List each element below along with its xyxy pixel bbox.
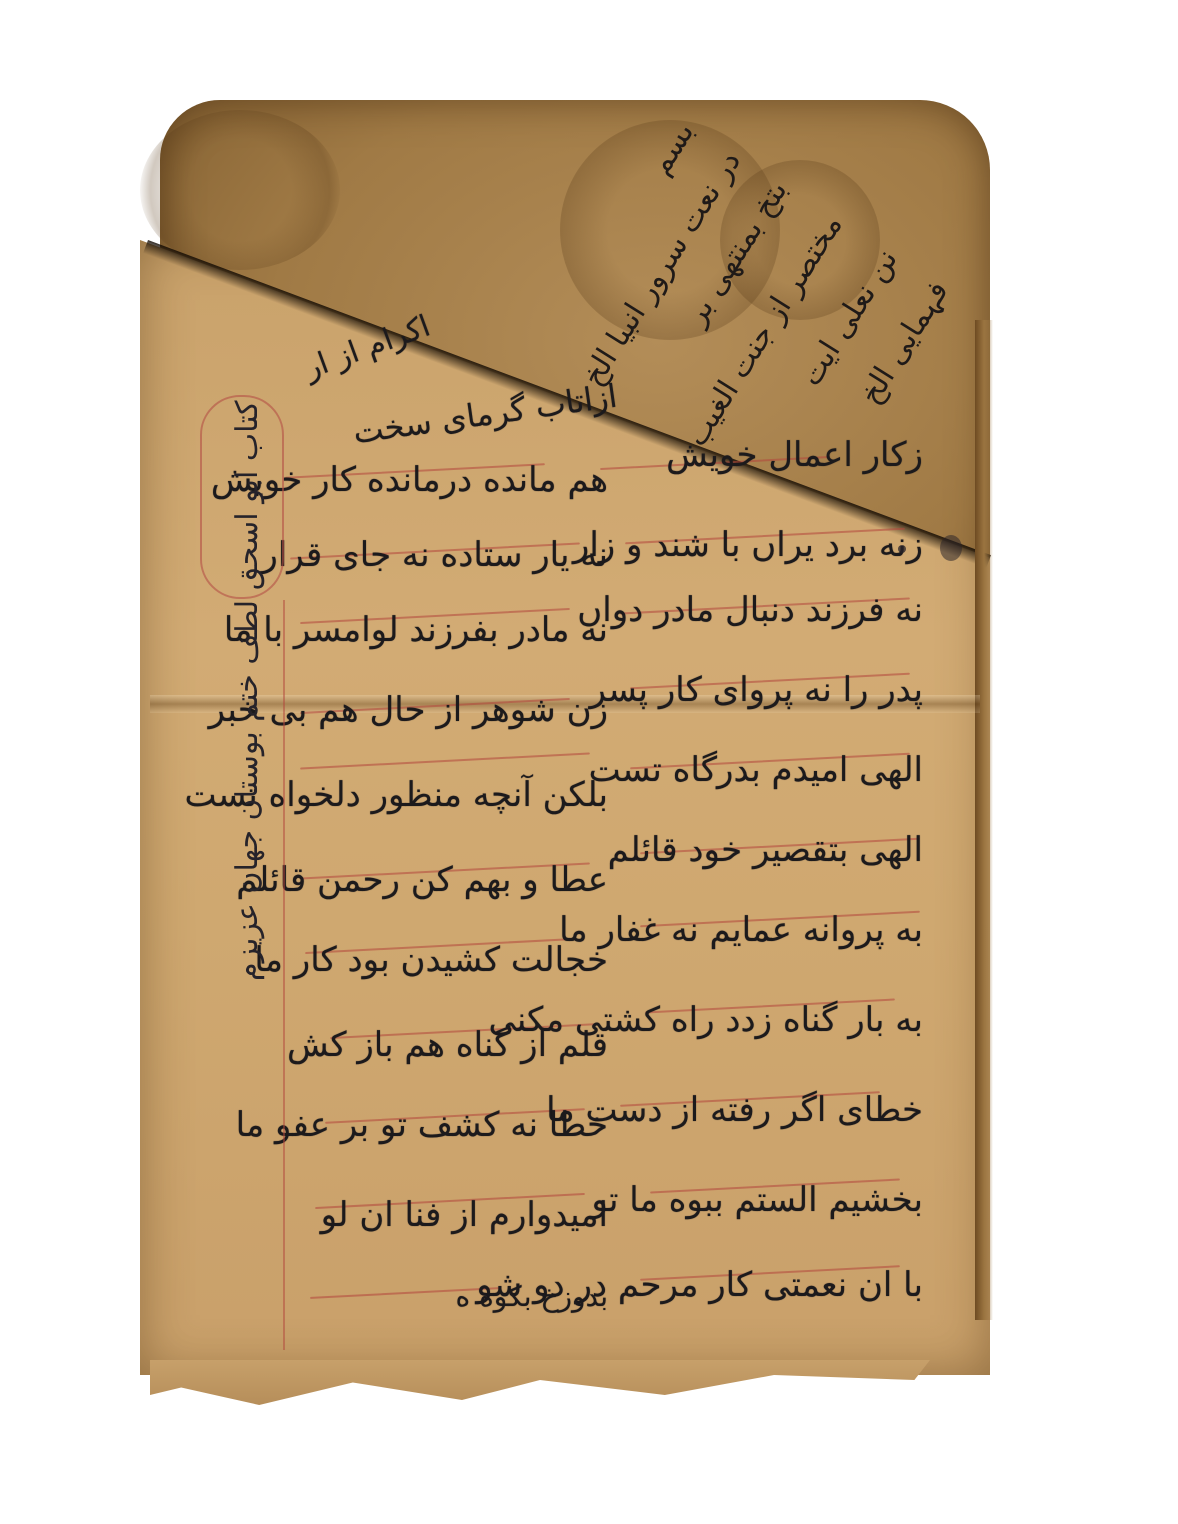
verse-line: عطا و بهم کن رحمن قائلم xyxy=(236,860,608,900)
verse-line: امیدوارم از فنا ان لو xyxy=(321,1195,608,1235)
verse-line: بدوزخ بکوه ه xyxy=(456,1280,608,1313)
verse-line: به پروانه عمایم نه غفار ما xyxy=(559,910,923,950)
verse-line: الهی امیدم بدرگاه تست xyxy=(589,750,923,790)
torn-bottom-edge xyxy=(150,1360,930,1410)
water-stain xyxy=(140,110,340,270)
verse-line: خجالت کشیدن بود کار ما xyxy=(254,940,608,980)
page-edge xyxy=(975,320,993,1320)
ink-blot xyxy=(940,535,962,561)
verse-line: زنه برد یراں با شند و زار xyxy=(573,525,923,565)
margin-inscription: کتاب ابو اسحق لطف ختم بوستان جهان عزیزم xyxy=(230,400,290,1320)
verse-line: خطا نه کشف تو بر عفو ما xyxy=(236,1105,608,1145)
verse-line: نه یار ستاده نه جای قرار xyxy=(261,535,608,575)
verse-line: زکار اعمال خویش xyxy=(666,435,923,475)
verse-line: قلم از گناه هم باز کش xyxy=(287,1025,608,1065)
verse-line: بخشیم الستم ببوه ما تو xyxy=(591,1180,923,1220)
verse-line: الهی بتقصیر خود قائلم xyxy=(608,830,923,870)
verse-line: پدر را نه پروای کار پسر xyxy=(589,670,923,710)
verse-line: نه فرزند دنبال مادر دواں xyxy=(577,590,923,630)
ink-blot xyxy=(898,545,906,553)
